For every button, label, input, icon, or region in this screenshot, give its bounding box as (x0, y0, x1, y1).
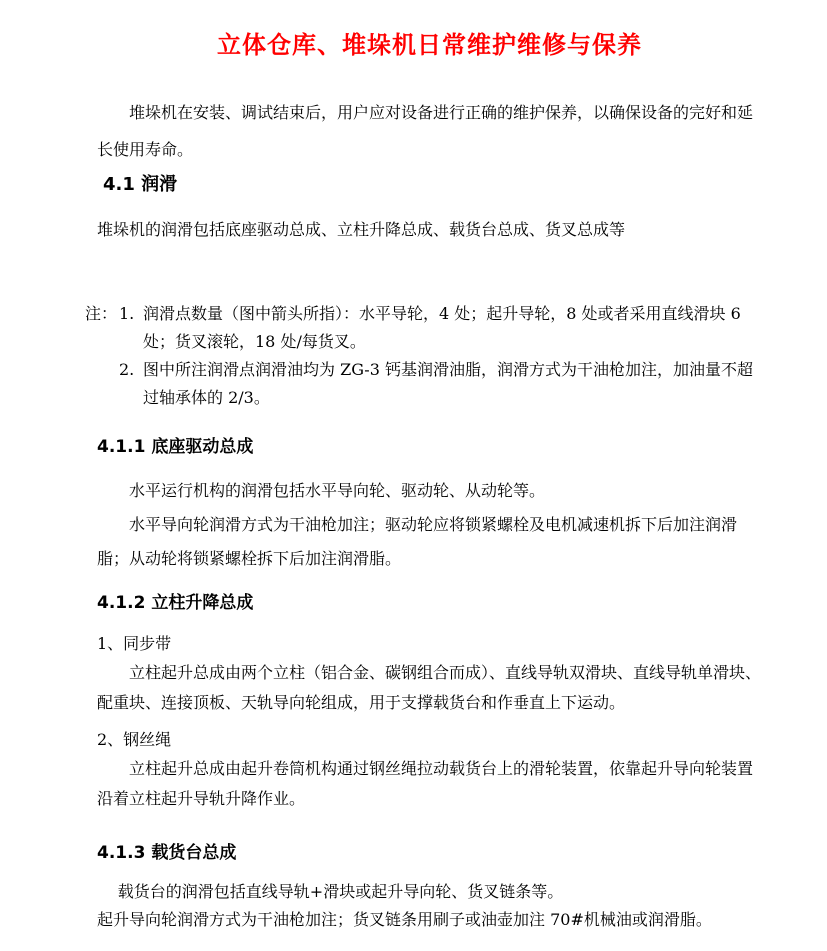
note-item-1: 注： 1. 润滑点数量（图中箭头所指）：水平导轮，4 处；起升导轮，8 处或者采… (85, 300, 762, 356)
column-lift-item-1-label: 1、同步带 (97, 630, 762, 658)
document-title: 立体仓库、堆垛机日常维护维修与保养 (97, 30, 762, 60)
load-platform-paragraph-2: 起升导向轮润滑方式为干油枪加注；货叉链条用刷子或油壶加注 70#机械油或润滑脂。 (97, 906, 762, 934)
note-item-2: 2. 图中所注润滑点润滑油均为 ZG-3 钙基润滑油脂，润滑方式为干油枪加注，加… (119, 356, 762, 412)
load-platform-paragraph-1: 载货台的润滑包括直线导轨+滑块或起升导向轮、货叉链条等。 (97, 878, 762, 906)
column-lift-item-1-text: 立柱起升总成由两个立柱（铝合金、碳钢组合而成）、直线导轨双滑块、直线导轨单滑块、… (97, 658, 762, 718)
note-label: 注： (85, 300, 119, 328)
note-item-2-text: 图中所注润滑点润滑油均为 ZG-3 钙基润滑油脂，润滑方式为干油枪加注，加油量不… (143, 356, 762, 412)
heading-4-1-lubrication: 4.1 润滑 (103, 174, 762, 196)
intro-paragraph: 堆垛机在安装、调试结束后，用户应对设备进行正确的维护保养，以确保设备的完好和延长… (97, 94, 762, 168)
note-item-1-text: 润滑点数量（图中箭头所指）：水平导轮，4 处；起升导轮，8 处或者采用直线滑块 … (143, 300, 762, 356)
lubrication-lead-paragraph: 堆垛机的润滑包括底座驱动总成、立柱升降总成、载货台总成、货叉总成等 (97, 218, 762, 242)
heading-4-1-2-column-lift-assembly: 4.1.2 立柱升降总成 (97, 592, 762, 614)
note-block: 注： 1. 润滑点数量（图中箭头所指）：水平导轮，4 处；起升导轮，8 处或者采… (85, 300, 762, 412)
heading-4-1-1-base-drive-assembly: 4.1.1 底座驱动总成 (97, 436, 762, 458)
column-lift-item-2-text: 立柱起升总成由起升卷筒机构通过钢丝绳拉动载货台上的滑轮装置，依靠起升导向轮装置沿… (97, 754, 762, 814)
note-item-2-number: 2. (119, 356, 143, 384)
document-page: 立体仓库、堆垛机日常维护维修与保养 堆垛机在安装、调试结束后，用户应对设备进行正… (0, 0, 827, 951)
column-lift-item-2-label: 2、钢丝绳 (97, 726, 762, 754)
heading-4-1-3-load-platform-assembly: 4.1.3 载货台总成 (97, 842, 762, 864)
base-drive-paragraph-1: 水平运行机构的润滑包括水平导向轮、驱动轮、从动轮等。 (97, 474, 762, 508)
note-item-1-number: 1. (119, 300, 143, 328)
base-drive-paragraph-2: 水平导向轮润滑方式为干油枪加注；驱动轮应将锁紧螺栓及电机减速机拆下后加注润滑脂；… (97, 508, 762, 576)
